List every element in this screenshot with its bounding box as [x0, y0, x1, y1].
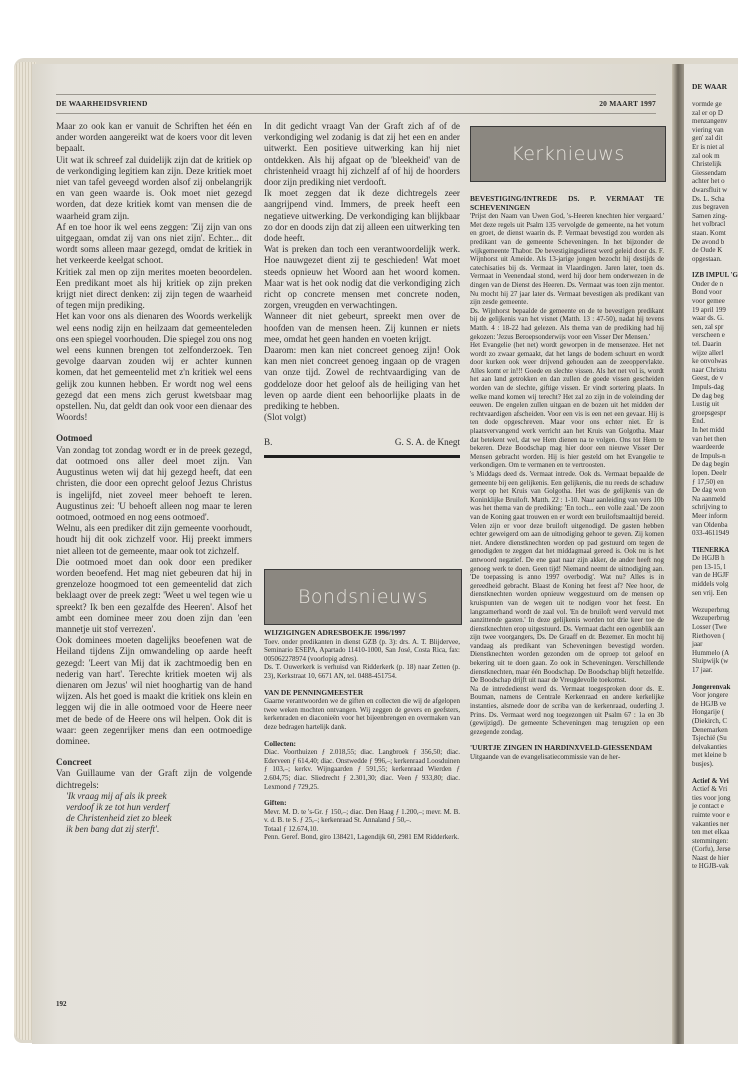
article-end-rule	[264, 455, 460, 458]
fragment-line: Voor jongere	[692, 691, 738, 700]
fragment-line: groepsgespr	[692, 409, 738, 418]
fragment-line: Hummelo (A	[692, 649, 738, 658]
news-heading: VAN DE PENNINGMEESTER	[264, 689, 460, 698]
section-heading-concreet: Concreet	[56, 757, 252, 768]
fragment-line: 19 april 199	[692, 306, 738, 315]
fragment-line: Ds. L. Scha	[692, 195, 738, 204]
fragment-line: menzangenv	[692, 117, 738, 126]
fragment-line: de Impuls-n	[692, 452, 738, 461]
news-paragraph: Uitgaande van de evangelisatiecommissie …	[470, 753, 664, 762]
paragraph: Kritiek zal men op zijn merites moeten b…	[56, 267, 252, 312]
fragment-line: lopen. Deelr	[692, 469, 738, 478]
right-page-header: DE WAAR	[692, 82, 727, 91]
news-paragraph: Ds. T. Ouwerkerk is verhuisd van Ridderk…	[264, 663, 460, 680]
fragment-line: viering van	[692, 126, 738, 135]
fragment-line: schrijving to	[692, 503, 738, 512]
signature-initial: B.	[264, 437, 272, 448]
paragraph: Af en toe hoor ik wel eens zeggen: 'Zij …	[56, 222, 252, 267]
fragment-line: Meer inform	[692, 512, 738, 521]
fragment-line: (Corfu), Jerse	[692, 845, 738, 854]
news-heading: Collecten:	[264, 740, 460, 749]
news-paragraph: Toev. onder predikanten in dienst GZB (p…	[264, 638, 460, 664]
fragment-line: Lustig uit	[692, 400, 738, 409]
fragment-line: stemmingen:	[692, 837, 738, 846]
fragment-line: van Oldenba	[692, 521, 738, 530]
fragment-line: ruimte voor e	[692, 811, 738, 820]
fragment-line: dwarsfluit w	[692, 186, 738, 195]
fragment-heading: IZB IMPUL 'GROEIEN	[692, 271, 738, 280]
fragment-heading: Actief & Vri	[692, 777, 738, 786]
fragment-line: (Diekirch, C	[692, 717, 738, 726]
fragment-line: Geest, de v	[692, 374, 738, 383]
fragment-line: Wezuperbrug	[692, 606, 738, 615]
fragment-line: jaar	[692, 640, 738, 649]
issue-date: 20 MAART 1997	[599, 99, 656, 108]
news-heading: BEVESTIGING/INTREDE DS. P. VERMAAT TE SC…	[470, 195, 664, 212]
fragment-line: Sluipwijk (w	[692, 657, 738, 666]
fragment-line: vakanties ner	[692, 820, 738, 829]
paragraph: Welnu, als een prediker dit zijn gemeent…	[56, 523, 252, 557]
news-heading: WIJZIGINGEN ADRESBOEKJE 1996/1997	[264, 629, 460, 638]
bondsnieuws-section: WIJZIGINGEN ADRESBOEKJE 1996/1997 Toev. …	[264, 629, 460, 842]
fragment-line: Samen zing-	[692, 212, 738, 221]
paragraph: Die ootmoed moet dan ook door een predik…	[56, 557, 252, 635]
fragment-line: delvakanties	[692, 743, 738, 752]
book-gutter	[672, 64, 684, 1044]
paragraph: In dit gedicht vraagt Van der Graft zich…	[264, 121, 460, 188]
fragment-line: je contact e	[692, 802, 738, 811]
fragment-line: Tsjechië (Su	[692, 734, 738, 743]
right-page-fragment: DE WAAR vormde gezal er op Dmenzangenvvi…	[684, 64, 738, 1044]
poem-line: 'Ik vraag mij af als ik preek	[56, 791, 252, 802]
fragment-line: Wezuperbrug	[692, 614, 738, 623]
fragment-line: Christelijk	[692, 160, 738, 169]
fragment-line: ties voor jong	[692, 794, 738, 803]
news-heading: Giften:	[264, 799, 460, 808]
bondsnieuws-banner: Bondsnieuws	[264, 569, 462, 625]
fragment-line: de HGJB ve	[692, 700, 738, 709]
news-paragraph: Diac. Voorthuizen ƒ 2.018,55; diac. Lang…	[264, 748, 460, 791]
fragment-line: Naast de hier	[692, 854, 738, 863]
paragraph: Van Guillaume van der Graft zijn de volg…	[56, 768, 252, 790]
fragment-line: De dag beg	[692, 392, 738, 401]
running-header: DE WAARHEIDSVRIEND 20 MAART 1997	[56, 94, 656, 114]
fragment-line: ke onvolwas	[692, 357, 738, 366]
fragment-heading: TIENERKA	[692, 546, 738, 555]
fragment-line: De avond b	[692, 238, 738, 247]
fragment-line: voor gemee	[692, 297, 738, 306]
paragraph: Van zondag tot zondag wordt er in de pre…	[56, 445, 252, 523]
article-signature: B. G. S. A. de Knegt	[264, 437, 460, 448]
news-heading: 'UURTJE ZINGEN IN HARDINXVELD-GIESSENDAM	[470, 744, 664, 753]
paragraph: Ik moet zeggen dat ik deze dichtregels z…	[264, 188, 460, 244]
fragment-line: met kleine b	[692, 751, 738, 760]
news-paragraph: Totaal ƒ 12.674,10.	[264, 825, 460, 834]
news-paragraph: Na de intrededienst werd ds. Vermaat toe…	[470, 685, 664, 737]
page-number: 192	[56, 1000, 67, 1008]
fragment-line: waardeerde	[692, 443, 738, 452]
paragraph: Wat is preken dan toch een verantwoordel…	[264, 244, 460, 311]
fragment-line: 033-4611949	[692, 529, 738, 538]
fragment-line: Actief & Vri	[692, 785, 738, 794]
fragment-line: sen, zal spr	[692, 323, 738, 332]
fragment-line: vormde ge	[692, 100, 738, 109]
fragment-line: De dag begin	[692, 460, 738, 469]
continuation-note: (Slot volgt)	[264, 412, 460, 423]
fragment-line: Losser (Twe	[692, 623, 738, 632]
fragment-line: tel. Daarin	[692, 340, 738, 349]
fragment-line: zal ook m	[692, 152, 738, 161]
fragment-line: opgestaan.	[692, 255, 738, 264]
news-paragraph: Penn. Geref. Bond, giro 138421, Lagendij…	[264, 833, 460, 842]
fragment-line: Er is niet al	[692, 143, 738, 152]
fragment-line: van de HGJF	[692, 571, 738, 580]
fragment-line: busjes).	[692, 760, 738, 769]
fragment-line: achter het o	[692, 177, 738, 186]
news-paragraph: Mevr. M. D. te 's-Gr. ƒ 150,–; diac. Den…	[264, 808, 460, 825]
fragment-line: Hongarije (	[692, 708, 738, 717]
poem-line: de Christenheid ziet zo bleek	[56, 813, 252, 824]
author-name: G. S. A. de Knegt	[395, 437, 460, 448]
fragment-line: staan. Komt	[692, 229, 738, 238]
fragment-line: Na aanmeld	[692, 495, 738, 504]
fragment-line: verscheen e	[692, 331, 738, 340]
publication-title: DE WAARHEIDSVRIEND	[56, 99, 148, 108]
fragment-line: te HGJB-vak	[692, 862, 738, 871]
news-paragraph: 's Middags deed ds. Vermaat intrede. Ook…	[470, 470, 664, 685]
fragment-heading: Jongerenvak	[692, 683, 738, 692]
fragment-line: zus begraven	[692, 203, 738, 212]
fragment-line: naar Christu	[692, 366, 738, 375]
poem-line: verdoof ik ze tot hun verderf	[56, 802, 252, 813]
section-heading-ootmoed: Ootmoed	[56, 433, 252, 444]
kerknieuws-section: BEVESTIGING/INTREDE DS. P. VERMAAT TE SC…	[470, 195, 664, 762]
fragment-line: gen' zal dit	[692, 134, 738, 143]
fragment-line: 17 jaar.	[692, 666, 738, 675]
fragment-line: sen vrij. Een	[692, 589, 738, 598]
fragment-line: Giessendam	[692, 169, 738, 178]
news-paragraph: Gaarne verantwoorden we de giften en col…	[264, 697, 460, 731]
paragraph: Uit wat ik schreef zal duidelijk zijn da…	[56, 155, 252, 222]
news-paragraph: 'Prijst den Naam van Uwen God, 's-Heeren…	[470, 212, 664, 307]
fragment-line: van het then	[692, 435, 738, 444]
fragment-line: Denemarken	[692, 726, 738, 735]
paragraph: Het kan voor ons als dienaren des Woords…	[56, 311, 252, 423]
news-paragraph: Het Evangelie (het net) wordt geworpen i…	[470, 341, 664, 470]
fragment-line: pen 13-15, l	[692, 563, 738, 572]
right-page-text: vormde gezal er op Dmenzangenvviering va…	[692, 100, 738, 871]
paragraph: Wanneer dit niet gebeurt, spreekt men ov…	[264, 311, 460, 345]
fragment-line: Impuls-dag	[692, 383, 738, 392]
paragraph: Maar zo ook kan er vanuit de Schriften h…	[56, 121, 252, 155]
fragment-line: waar ds. G.	[692, 314, 738, 323]
fragment-line: Onder de n	[692, 280, 738, 289]
article-column-1: Maar zo ook kan er vanuit de Schriften h…	[56, 121, 252, 836]
paragraph: Daarom: men kan niet concreet genoeg zij…	[264, 345, 460, 412]
fragment-line: wijze allerl	[692, 349, 738, 358]
poem-line: ik ben bang dat zij sterft'.	[56, 824, 252, 835]
fragment-line: End.	[692, 417, 738, 426]
fragment-line: In het midd	[692, 426, 738, 435]
fragment-line	[692, 597, 738, 606]
fragment-line: De dag won	[692, 486, 738, 495]
fragment-line: ten met elkaa	[692, 828, 738, 837]
kerknieuws-banner: Kerknieuws	[470, 126, 666, 182]
paragraph: Ook dominees moeten dagelijks beoefenen …	[56, 635, 252, 747]
fragment-line: zal er op D	[692, 109, 738, 118]
fragment-line: middels volg	[692, 580, 738, 589]
fragment-line: de Oude K	[692, 246, 738, 255]
fragment-line: Riethoven (	[692, 632, 738, 641]
fragment-line: ƒ 17,50) en	[692, 478, 738, 487]
news-paragraph: Ds. Wijnhorst bepaalde de gemeente en de…	[470, 307, 664, 341]
article-column-2: In dit gedicht vraagt Van der Graft zich…	[264, 121, 460, 458]
fragment-line: De HGJB h	[692, 554, 738, 563]
fragment-line: het volbracl	[692, 220, 738, 229]
fragment-line: Bond voor	[692, 288, 738, 297]
